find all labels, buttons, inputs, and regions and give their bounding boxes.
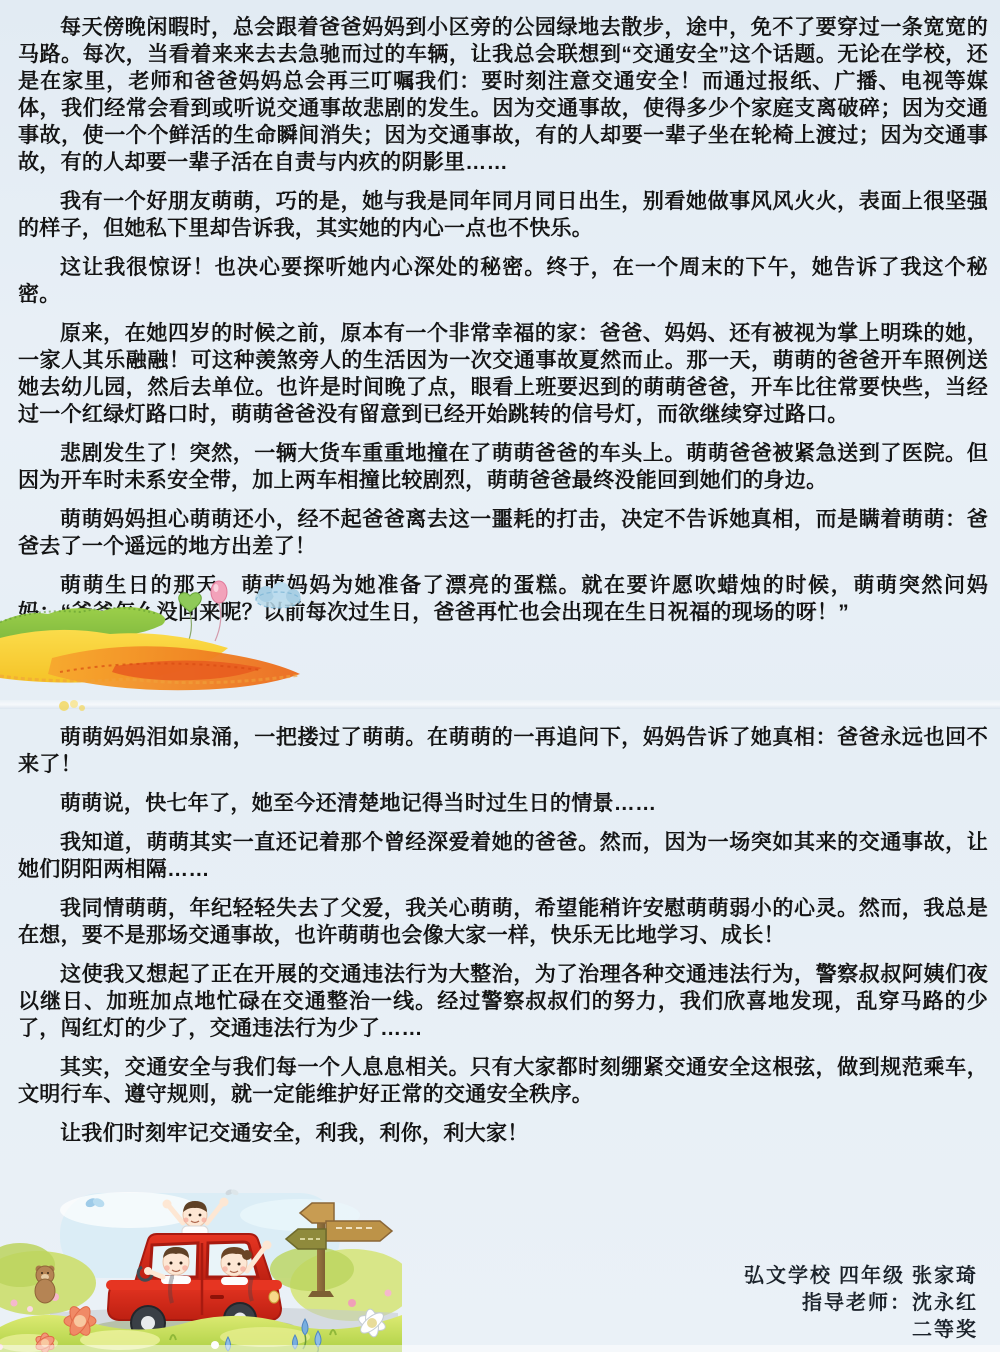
- paragraph-2: 我有一个好朋友萌萌，巧的是，她与我是同年同月同日出生，别看她做事风风火火，表面上…: [18, 188, 988, 242]
- paragraph-13: 其实，交通安全与我们每一个人息息相关。只有大家都时刻绷紧交通安全这根弦，做到规范…: [18, 1054, 988, 1108]
- attribution-award-line: 二等奖: [744, 1317, 978, 1344]
- paragraph-4: 原来，在她四岁的时候之前，原本有一个非常幸福的家：爸爸、妈妈、还有被视为掌上明珠…: [18, 320, 988, 428]
- attribution: 弘文学校 四年级 张家琦 指导老师：沈永红 二等奖: [744, 1263, 978, 1344]
- balloon-icon-green: [179, 593, 202, 645]
- paragraph-9: 萌萌说，快七年了，她至今还清楚地记得当时过生日的情景……: [18, 790, 988, 817]
- paragraph-6: 萌萌妈妈担心萌萌还小，经不起爸爸离去这一噩耗的打击，决定不告诉她真相，而是瞒着萌…: [18, 506, 988, 560]
- paragraph-5: 悲剧发生了！突然，一辆大货车重重地撞在了萌萌爸爸的车头上。萌萌爸爸被紧急送到了医…: [18, 440, 988, 494]
- small-flower-icon: [52, 697, 92, 715]
- attribution-school-line: 弘文学校 四年级 张家琦: [744, 1263, 978, 1290]
- page-divider: [0, 700, 1000, 709]
- paragraph-8: 萌萌妈妈泪如泉涌，一把搂过了萌萌。在萌萌的一再追问下，妈妈告诉了她真相：爸爸永远…: [18, 724, 988, 778]
- paragraph-1: 每天傍晚闲暇时，总会跟着爸爸妈妈到小区旁的公园绿地去散步，途中，免不了要穿过一条…: [18, 14, 988, 176]
- meadow-illustration: [0, 580, 312, 703]
- paragraph-3: 这让我很惊讶！也决心要探听她内心深处的秘密。终于，在一个周末的下午，她告诉了我这…: [18, 254, 988, 308]
- cloud-icon: [255, 582, 301, 608]
- balloon-icon-pink: [211, 581, 227, 641]
- essay-section-1: 每天傍晚闲暇时，总会跟着爸爸妈妈到小区旁的公园绿地去散步，途中，免不了要穿过一条…: [18, 14, 988, 638]
- page-bottom-edge: [0, 1345, 1000, 1352]
- paragraph-10: 我知道，萌萌其实一直还记着那个曾经深爱着她的爸爸。然而，因为一场突如其来的交通事…: [18, 829, 988, 883]
- paragraph-12: 这使我又想起了正在开展的交通违法行为大整治，为了治理各种交通违法行为，警察叔叔阿…: [18, 961, 988, 1042]
- paragraph-11: 我同情萌萌，年纪轻轻失去了父爱，我关心萌萌，希望能稍许安慰萌萌弱小的心灵。然而，…: [18, 895, 988, 949]
- essay-section-2: 萌萌妈妈泪如泉涌，一把搂过了萌萌。在萌萌的一再追问下，妈妈告诉了她真相：爸爸永远…: [18, 724, 988, 1159]
- family-car-illustration: [0, 1185, 402, 1352]
- paragraph-14: 让我们时刻牢记交通安全，利我，利你，利大家！: [18, 1120, 988, 1147]
- meadow-grass: [0, 607, 300, 690]
- bear-icon: [35, 1266, 55, 1304]
- attribution-teacher-line: 指导老师：沈永红: [744, 1290, 978, 1317]
